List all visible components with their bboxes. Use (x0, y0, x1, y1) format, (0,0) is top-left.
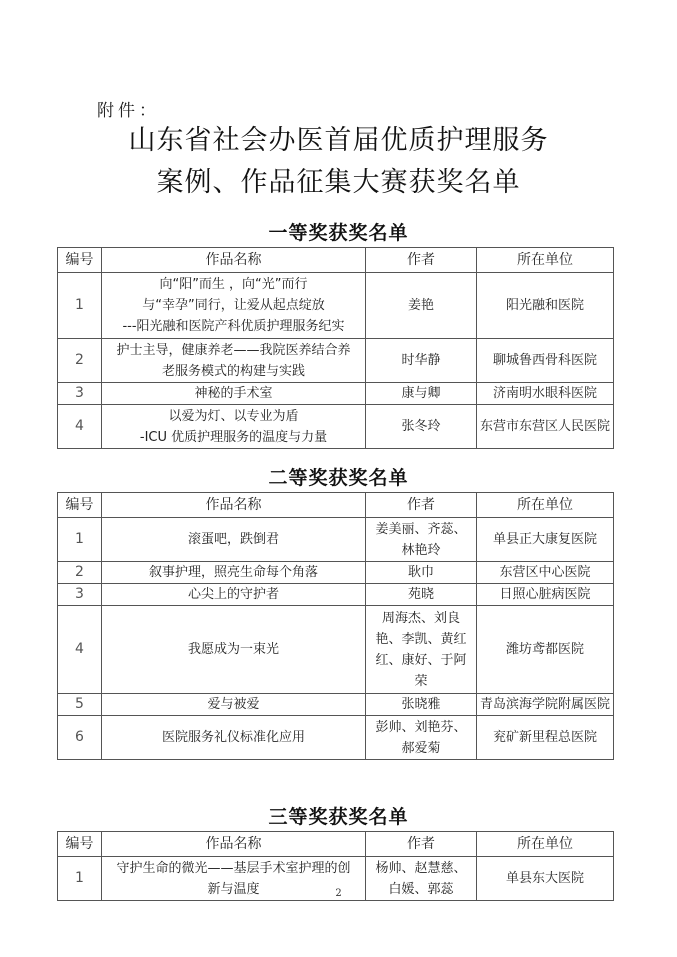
table-header-row: 编号作品名称作者所在单位 (58, 248, 614, 273)
author-names: 时华静 (366, 339, 477, 383)
document-title-line-1: 山东省社会办医首届优质护理服务 (0, 118, 677, 157)
row-number: 2 (58, 339, 102, 383)
row-number: 3 (58, 584, 102, 606)
work-title: 向“阳”而生 ，向“光”而行与“幸孕”同行，让爱从起点绽放---阳光融和医院产科… (102, 273, 366, 339)
table-row: 1向“阳”而生 ，向“光”而行与“幸孕”同行，让爱从起点绽放---阳光融和医院产… (58, 273, 614, 339)
award-table: 编号作品名称作者所在单位1滚蛋吧，跌倒君姜美丽、齐蕊、林艳玲单县正大康复医院2叙… (57, 492, 614, 760)
affiliation: 济南明水眼科医院 (477, 383, 614, 405)
award-table: 编号作品名称作者所在单位1向“阳”而生 ，向“光”而行与“幸孕”同行，让爱从起点… (57, 247, 614, 449)
row-number: 5 (58, 694, 102, 716)
author-names: 彭帅、刘艳芬、郝爱菊 (366, 716, 477, 760)
affiliation: 日照心脏病医院 (477, 584, 614, 606)
table-header-row: 编号作品名称作者所在单位 (58, 493, 614, 518)
page-number: 2 (0, 888, 677, 899)
table-row: 6医院服务礼仪标准化应用彭帅、刘艳芬、郝爱菊兖矿新里程总医院 (58, 716, 614, 760)
table-row: 3心尖上的守护者苑晓日照心脏病医院 (58, 584, 614, 606)
table-header-row: 编号作品名称作者所在单位 (58, 832, 614, 857)
work-title: 叙事护理，照亮生命每个角落 (102, 562, 366, 584)
work-title: 爱与被爱 (102, 694, 366, 716)
author-names: 苑晓 (366, 584, 477, 606)
row-number: 1 (58, 518, 102, 562)
row-number: 2 (58, 562, 102, 584)
affiliation: 聊城鲁西骨科医院 (477, 339, 614, 383)
table-row: 1滚蛋吧，跌倒君姜美丽、齐蕊、林艳玲单县正大康复医院 (58, 518, 614, 562)
row-number: 3 (58, 383, 102, 405)
work-title: 医院服务礼仪标准化应用 (102, 716, 366, 760)
table-row: 4以爱为灯、以专业为盾-ICU 优质护理服务的温度与力量张冬玲东营市东营区人民医… (58, 405, 614, 449)
affiliation: 东营区中心医院 (477, 562, 614, 584)
column-header: 编号 (58, 493, 102, 518)
work-title: 神秘的手术室 (102, 383, 366, 405)
row-number: 4 (58, 405, 102, 449)
affiliation: 青岛滨海学院附属医院 (477, 694, 614, 716)
column-header: 作品名称 (102, 832, 366, 857)
column-header: 作者 (366, 832, 477, 857)
affiliation: 阳光融和医院 (477, 273, 614, 339)
column-header: 作者 (366, 248, 477, 273)
author-names: 周海杰、刘良艳、李凯、黄红红、康好、于阿荣 (366, 606, 477, 694)
author-names: 张晓雅 (366, 694, 477, 716)
column-header: 作者 (366, 493, 477, 518)
row-number: 6 (58, 716, 102, 760)
table-row: 5爱与被爱张晓雅青岛滨海学院附属医院 (58, 694, 614, 716)
affiliation: 兖矿新里程总医院 (477, 716, 614, 760)
affiliation: 潍坊鸢都医院 (477, 606, 614, 694)
author-names: 姜艳 (366, 273, 477, 339)
column-header: 所在单位 (477, 248, 614, 273)
column-header: 所在单位 (477, 832, 614, 857)
table-row: 2护士主导，健康养老——我院医养结合养老服务模式的构建与实践时华静聊城鲁西骨科医… (58, 339, 614, 383)
author-names: 康与卿 (366, 383, 477, 405)
column-header: 编号 (58, 248, 102, 273)
author-names: 张冬玲 (366, 405, 477, 449)
work-title: 滚蛋吧，跌倒君 (102, 518, 366, 562)
table-row: 2叙事护理，照亮生命每个角落耿巾东营区中心医院 (58, 562, 614, 584)
affiliation: 东营市东营区人民医院 (477, 405, 614, 449)
work-title: 护士主导，健康养老——我院医养结合养老服务模式的构建与实践 (102, 339, 366, 383)
work-title: 以爱为灯、以专业为盾-ICU 优质护理服务的温度与力量 (102, 405, 366, 449)
work-title: 心尖上的守护者 (102, 584, 366, 606)
row-number: 1 (58, 273, 102, 339)
column-header: 所在单位 (477, 493, 614, 518)
affiliation: 单县正大康复医院 (477, 518, 614, 562)
section-heading: 二等奖获奖名单 (0, 463, 677, 490)
author-names: 耿巾 (366, 562, 477, 584)
column-header: 作品名称 (102, 248, 366, 273)
section-heading: 一等奖获奖名单 (0, 218, 677, 245)
document-title-line-2: 案例、作品征集大赛获奖名单 (0, 160, 677, 199)
table-row: 4我愿成为一束光周海杰、刘良艳、李凯、黄红红、康好、于阿荣潍坊鸢都医院 (58, 606, 614, 694)
author-names: 姜美丽、齐蕊、林艳玲 (366, 518, 477, 562)
column-header: 编号 (58, 832, 102, 857)
column-header: 作品名称 (102, 493, 366, 518)
work-title: 我愿成为一束光 (102, 606, 366, 694)
row-number: 4 (58, 606, 102, 694)
table-row: 3神秘的手术室康与卿济南明水眼科医院 (58, 383, 614, 405)
section-heading: 三等奖获奖名单 (0, 802, 677, 829)
